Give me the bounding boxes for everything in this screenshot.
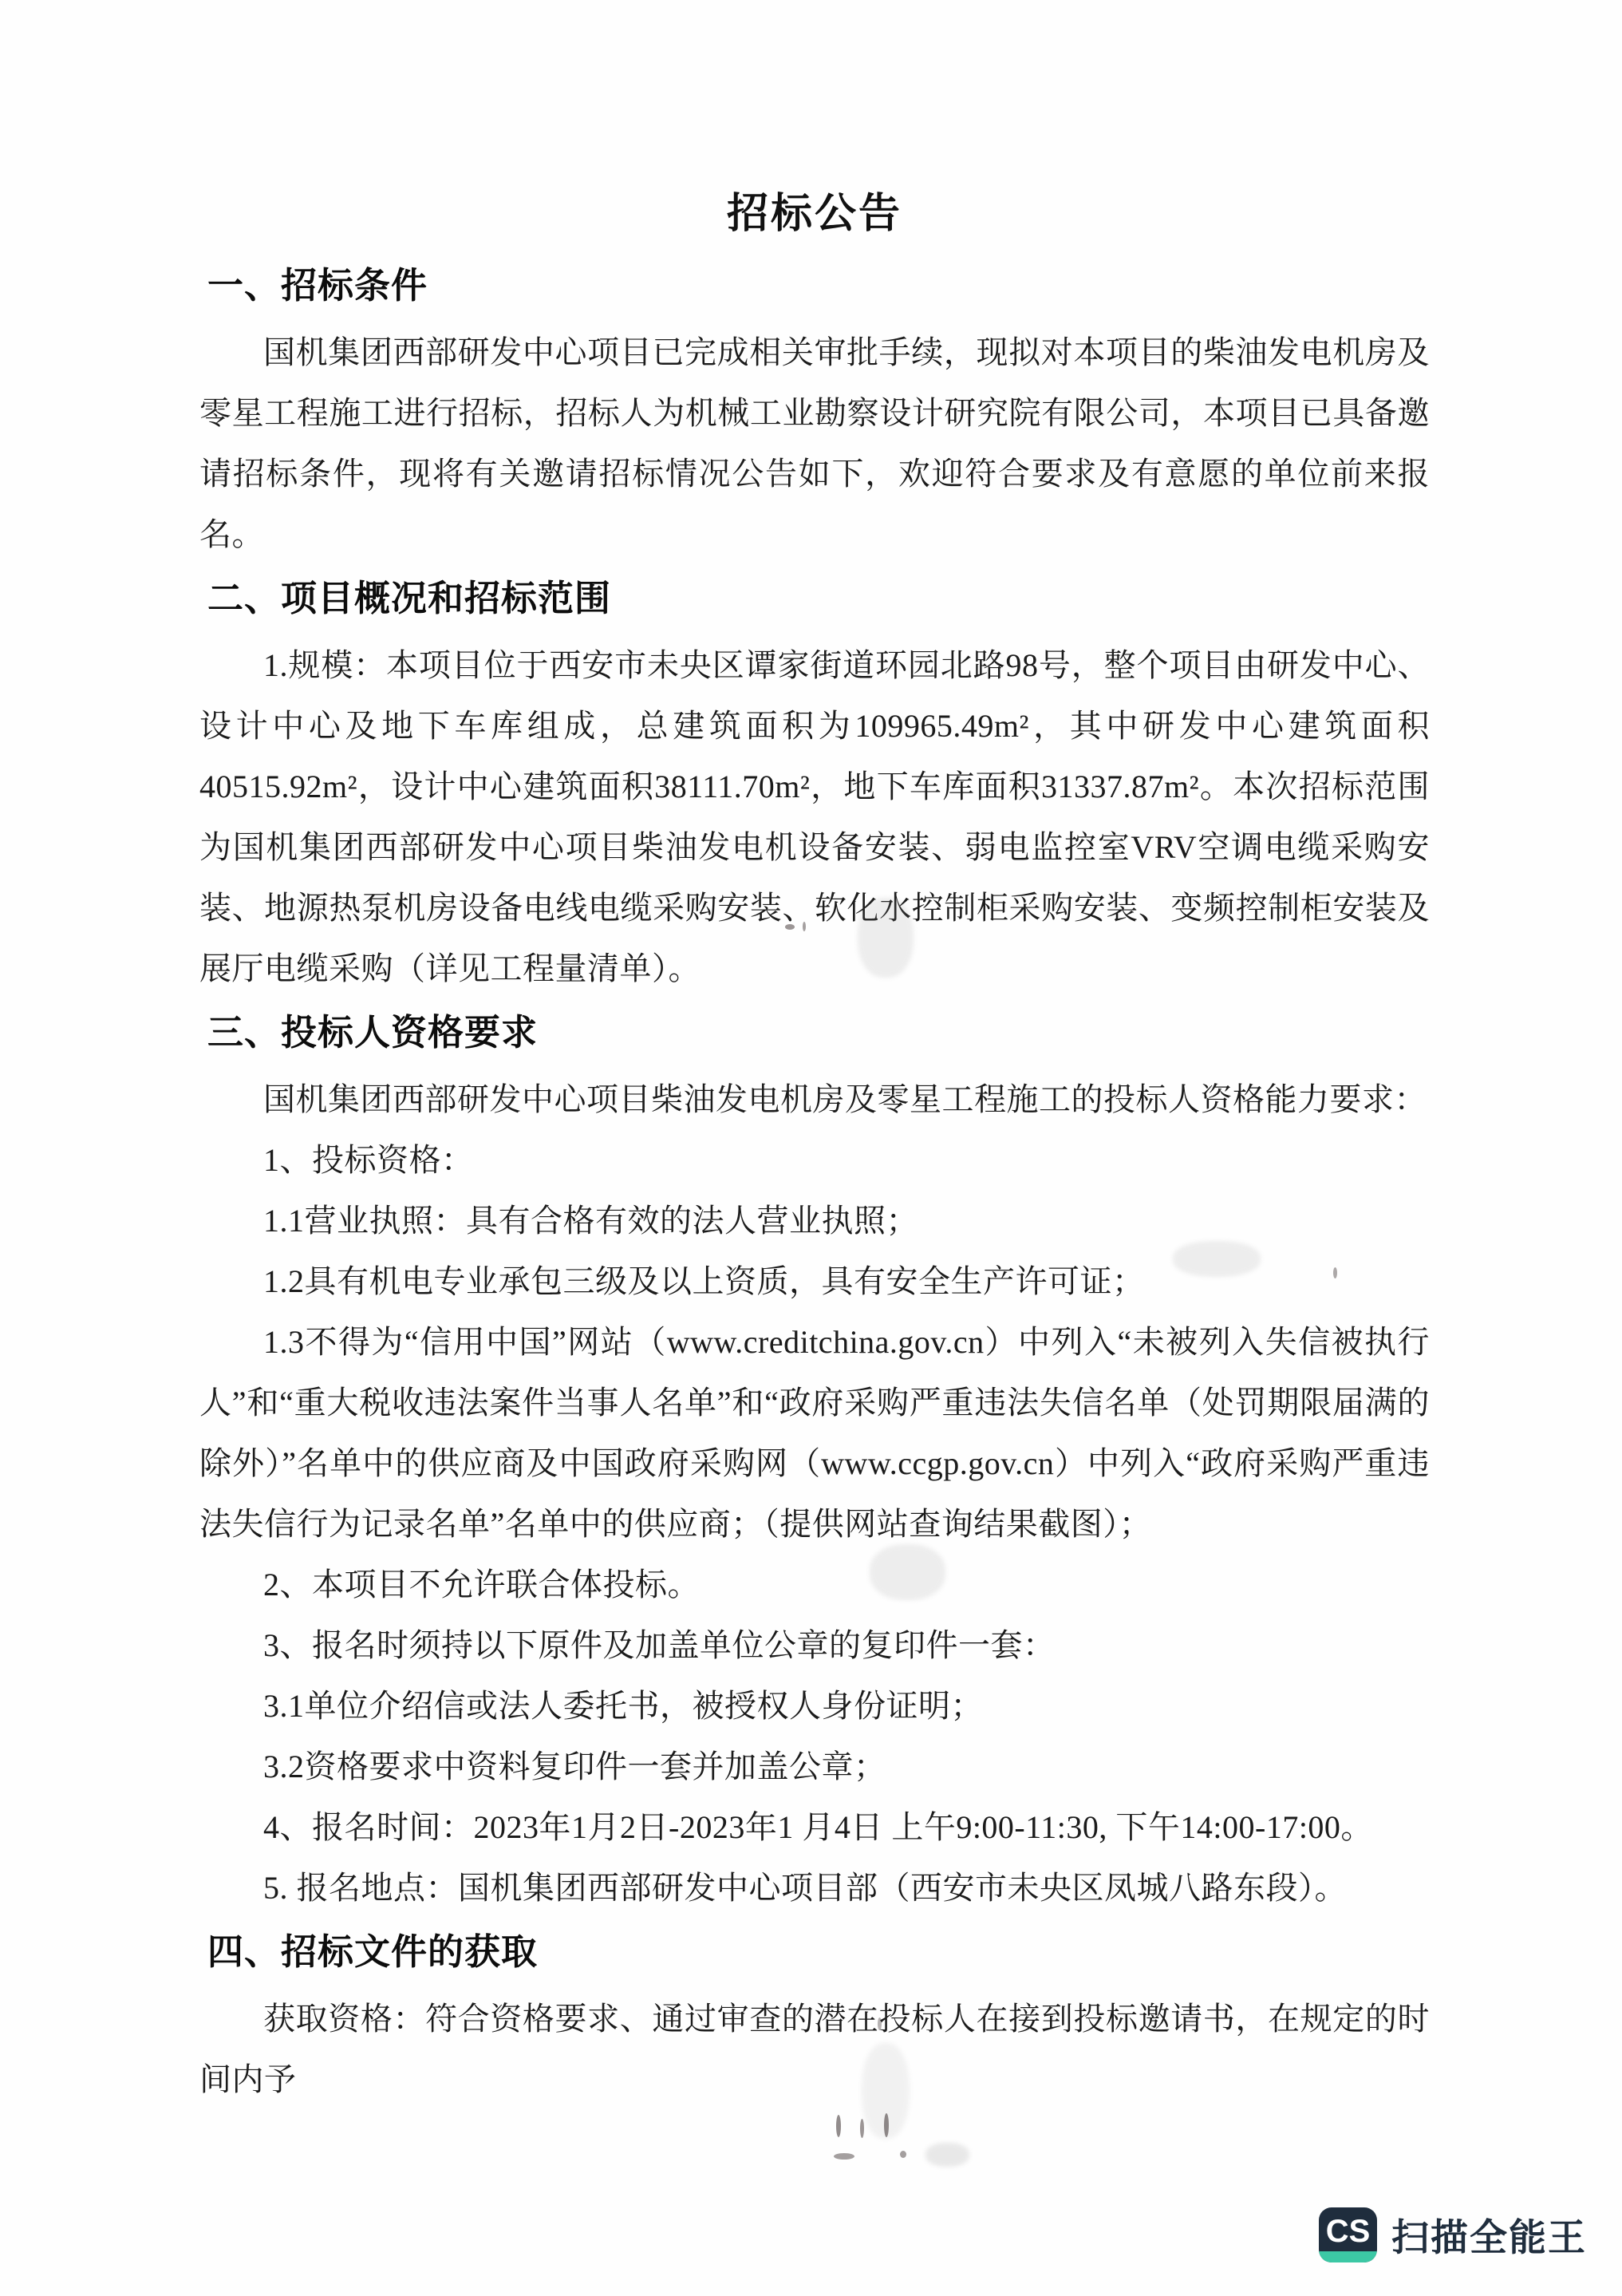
paragraph: 2、本项目不允许联合体投标。 (199, 1555, 1430, 1615)
paragraph: 4、报名时间：2023年1月2日-2023年1 月4日 上午9:00-11:30… (199, 1797, 1430, 1858)
scan-speck (900, 2151, 906, 2158)
scan-speck (834, 2153, 854, 2160)
paragraph: 3.2资格要求中资料复印件一套并加盖公章； (199, 1737, 1430, 1797)
section-obtaining-documents: 四、招标文件的获取 获取资格：符合资格要求、通过审查的潜在投标人在接到投标邀请书… (199, 1930, 1430, 2110)
paragraph: 1.3不得为“信用中国”网站（www.creditchina.gov.cn）中列… (199, 1312, 1430, 1555)
paragraph: 1.规模：本项目位于西安市未央区谭家街道环园北路98号，整个项目由研发中心、设计… (199, 635, 1430, 999)
paragraph: 国机集团西部研发中心项目已完成相关审批手续，现拟对本项目的柴油发电机房及零星工程… (199, 322, 1430, 565)
section-project-overview: 二、项目概况和招标范围 1.规模：本项目位于西安市未央区谭家街道环园北路98号，… (199, 576, 1430, 999)
scan-smudge (1173, 1241, 1261, 1277)
paragraph: 3.1单位介绍信或法人委托书，被授权人身份证明； (199, 1676, 1430, 1737)
scanned-page: 招标公告 一、招标条件 国机集团西部研发中心项目已完成相关审批手续，现拟对本项目… (0, 0, 1622, 2296)
paragraph: 3、报名时须持以下原件及加盖单位公章的复印件一套： (199, 1615, 1430, 1676)
section-heading: 四、招标文件的获取 (199, 1930, 1430, 1974)
paragraph: 1.1营业执照：具有合格有效的法人营业执照； (199, 1191, 1430, 1251)
camscanner-icon-accent-band (1319, 2251, 1377, 2262)
paragraph: 1、投标资格： (199, 1130, 1430, 1191)
scan-speck (785, 924, 795, 930)
paragraph: 5. 报名地点：国机集团西部研发中心项目部（西安市未央区凤城八路东段）。 (199, 1858, 1430, 1919)
section-heading: 一、招标条件 (199, 263, 1430, 308)
scan-speck (836, 2115, 841, 2137)
camscanner-watermark: CS 扫描全能王 (1319, 2207, 1587, 2262)
scan-smudge (925, 2143, 969, 2167)
paragraph: 获取资格：符合资格要求、通过审查的潜在投标人在接到投标邀请书，在规定的时间内予 (199, 1989, 1430, 2110)
document-title: 招标公告 (199, 188, 1430, 241)
scan-smudge (858, 898, 914, 978)
document-content: 招标公告 一、招标条件 国机集团西部研发中心项目已完成相关审批手续，现拟对本项目… (199, 188, 1430, 2110)
section-heading: 二、项目概况和招标范围 (199, 576, 1430, 621)
camscanner-icon-letters: CS (1326, 2214, 1371, 2250)
scan-speck (878, 2017, 882, 2030)
camscanner-brand-name: 扫描全能王 (1391, 2208, 1587, 2262)
section-tender-conditions: 一、招标条件 国机集团西部研发中心项目已完成相关审批手续，现拟对本项目的柴油发电… (199, 263, 1430, 565)
section-bidder-qualifications: 三、投标人资格要求 国机集团西部研发中心项目柴油发电机房及零星工程施工的投标人资… (199, 1010, 1430, 1919)
scan-speck (1333, 1267, 1337, 1278)
paragraph: 国机集团西部研发中心项目柴油发电机房及零星工程施工的投标人资格能力要求： (199, 1069, 1430, 1130)
section-heading: 三、投标人资格要求 (199, 1010, 1430, 1055)
camscanner-icon: CS (1319, 2207, 1377, 2262)
scan-speck (860, 2119, 864, 2138)
scan-smudge (870, 1544, 945, 1600)
scan-speck (884, 2113, 889, 2137)
scan-speck (803, 922, 806, 931)
